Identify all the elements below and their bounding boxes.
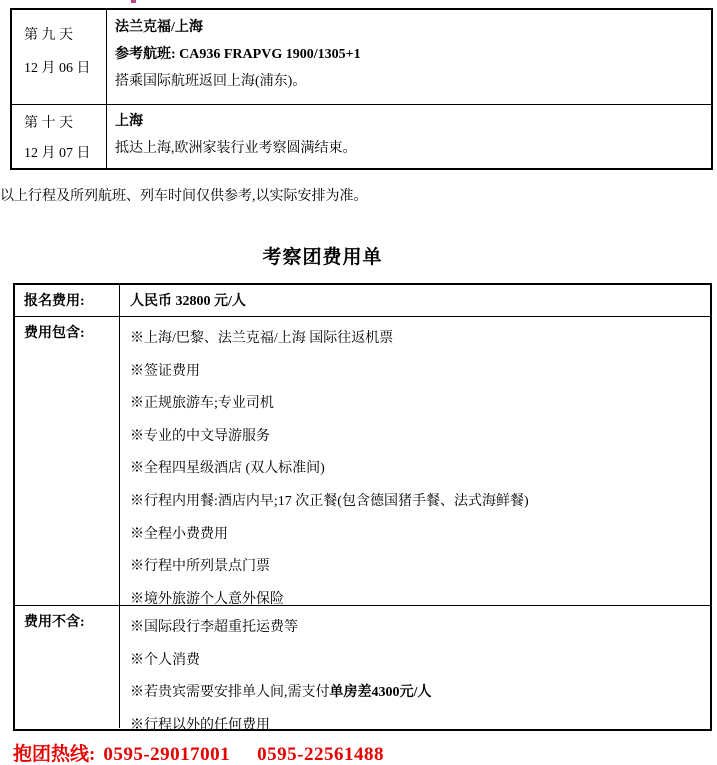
fee-row-included: 费用包含: ※上海/巴黎、法兰克福/上海 国际往返机票※签证费用※正规旅游车;专… [15,317,710,606]
fee-list-item: ※签证费用 [130,356,710,389]
fee-list-item: ※上海/巴黎、法兰克福/上海 国际往返机票 [130,323,710,356]
fee-list-item: ※行程以外的任何费用 [130,710,710,743]
itinerary-table: 第 九 天 12 月 06 日 法兰克福/上海 参考航班: CA936 FRAP… [10,8,713,170]
fee-row-price: 报名费用: 人民币 32800 元/人 [15,285,710,317]
fee-row-excluded: 费用不含: ※国际段行李超重托运费等※个人消费※若贵宾需要安排单人间,需支付单房… [15,606,710,728]
hotline-label: 抱团热线: [13,744,95,765]
fee-list-item: ※若贵宾需要安排单人间,需支付单房差4300元/人 [130,677,710,710]
day-date-cell: 第 九 天 12 月 06 日 [12,10,107,104]
fee-label-cell: 费用不含: [15,606,120,728]
day-description: 搭乘国际航班返回上海(浦东)。 [115,68,711,95]
date-label: 12 月 07 日 [24,139,106,169]
day-label: 第 十 天 [24,109,106,139]
fee-included-list: ※上海/巴黎、法兰克福/上海 国际往返机票※签证费用※正规旅游车;专业司机※专业… [120,317,710,605]
itinerary-disclaimer-note: 以上行程及所列航班、列车时间仅供参考,以实际安排为准。 [0,189,368,205]
fee-list-item: ※行程内用餐:酒店内早;17 次正餐(包含德国猪手餐、法式海鲜餐) [130,486,710,519]
day-detail-cell: 上海 抵达上海,欧洲家装行业考察圆满结束。 [107,105,711,168]
fee-list-item: ※专业的中文导游服务 [130,421,710,454]
day-label: 第 九 天 [24,19,106,52]
fee-list-item: ※个人消费 [130,645,710,678]
hotline-number-2: 0595-22561488 [257,744,384,765]
hotline-footer: 抱团热线:0595-290170010595-22561488 [13,739,384,765]
flight-info-line: 参考航班: CA936 FRAPVG 1900/1305+1 [115,41,711,68]
fee-list-item: ※正规旅游车;专业司机 [130,388,710,421]
hotline-number-1: 0595-29017001 [103,744,230,765]
destination-title: 上海 [115,108,711,135]
day-date-cell: 第 十 天 12 月 07 日 [12,105,107,168]
fee-table: 报名费用: 人民币 32800 元/人 费用包含: ※上海/巴黎、法兰克福/上海… [13,283,712,731]
pink-artifact-speck [131,0,136,3]
fee-list-item: ※行程中所列景点门票 [130,551,710,584]
fee-list-item: ※国际段行李超重托运费等 [130,612,710,645]
fee-price-value: 人民币 32800 元/人 [120,285,710,316]
fee-list-item: ※全程四星级酒店 (双人标准间) [130,453,710,486]
date-label: 12 月 06 日 [24,52,106,85]
fee-label-cell: 报名费用: [15,285,120,316]
itinerary-row-day9: 第 九 天 12 月 06 日 法兰克福/上海 参考航班: CA936 FRAP… [12,10,711,105]
fee-excluded-list: ※国际段行李超重托运费等※个人消费※若贵宾需要安排单人间,需支付单房差4300元… [120,606,710,728]
fee-list-item: ※全程小费费用 [130,519,710,552]
itinerary-row-day10: 第 十 天 12 月 07 日 上海 抵达上海,欧洲家装行业考察圆满结束。 [12,105,711,168]
fee-section-title: 考察团费用单 [0,242,645,269]
document-page: 第 九 天 12 月 06 日 法兰克福/上海 参考航班: CA936 FRAP… [0,0,717,765]
fee-label-cell: 费用包含: [15,317,120,605]
destination-title: 法兰克福/上海 [115,14,711,41]
day-description: 抵达上海,欧洲家装行业考察圆满结束。 [115,135,711,162]
day-detail-cell: 法兰克福/上海 参考航班: CA936 FRAPVG 1900/1305+1 搭… [107,10,711,104]
